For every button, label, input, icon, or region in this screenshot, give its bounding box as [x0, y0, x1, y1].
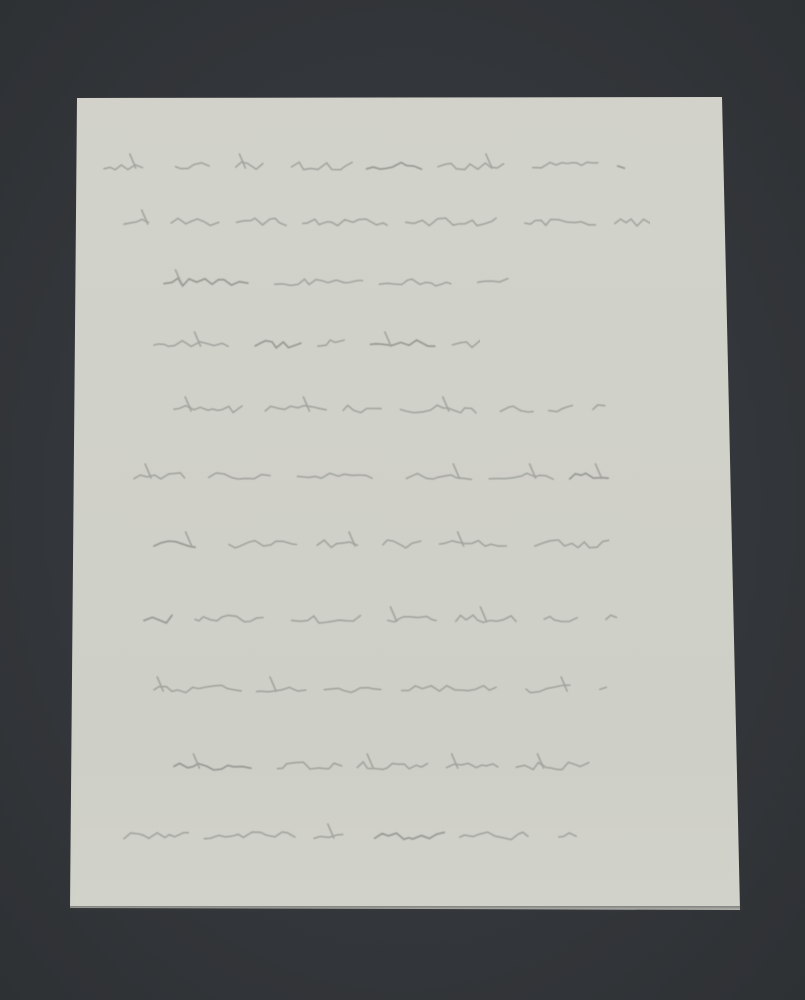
- handwriting-strokes: [150, 675, 610, 697]
- handwritten-line: [illegible]: [130, 462, 610, 484]
- handwritten-line: [illegible]: [150, 330, 480, 352]
- handwriting-strokes: [150, 330, 480, 352]
- handwriting-strokes: [140, 605, 620, 627]
- paper-lighting: [0, 0, 805, 1000]
- handwritten-line: [illegible]: [100, 152, 630, 174]
- handwritten-line: [illegible]: [170, 752, 590, 774]
- handwritten-line: [illegible]: [170, 395, 610, 417]
- handwriting-strokes: [170, 395, 610, 417]
- handwritten-line: [illegible]: [150, 675, 610, 697]
- paper-bottom-shadow: [70, 906, 742, 912]
- handwriting-strokes: [160, 268, 510, 290]
- handwriting-strokes: [100, 152, 630, 174]
- handwritten-line: [illegible]: [160, 268, 510, 290]
- handwritten-line: [illegible]: [120, 822, 580, 844]
- handwriting-strokes: [120, 208, 650, 230]
- handwritten-line: [illegible]: [150, 530, 610, 552]
- handwriting-strokes: [150, 530, 610, 552]
- handwritten-line: [illegible]: [140, 605, 620, 627]
- handwritten-line: [illegible]: [120, 208, 650, 230]
- handwriting-strokes: [130, 462, 610, 484]
- handwriting-strokes: [170, 752, 590, 774]
- photo-scene: [illegible][illegible][illegible][illegi…: [0, 0, 805, 1000]
- handwriting-strokes: [120, 822, 580, 844]
